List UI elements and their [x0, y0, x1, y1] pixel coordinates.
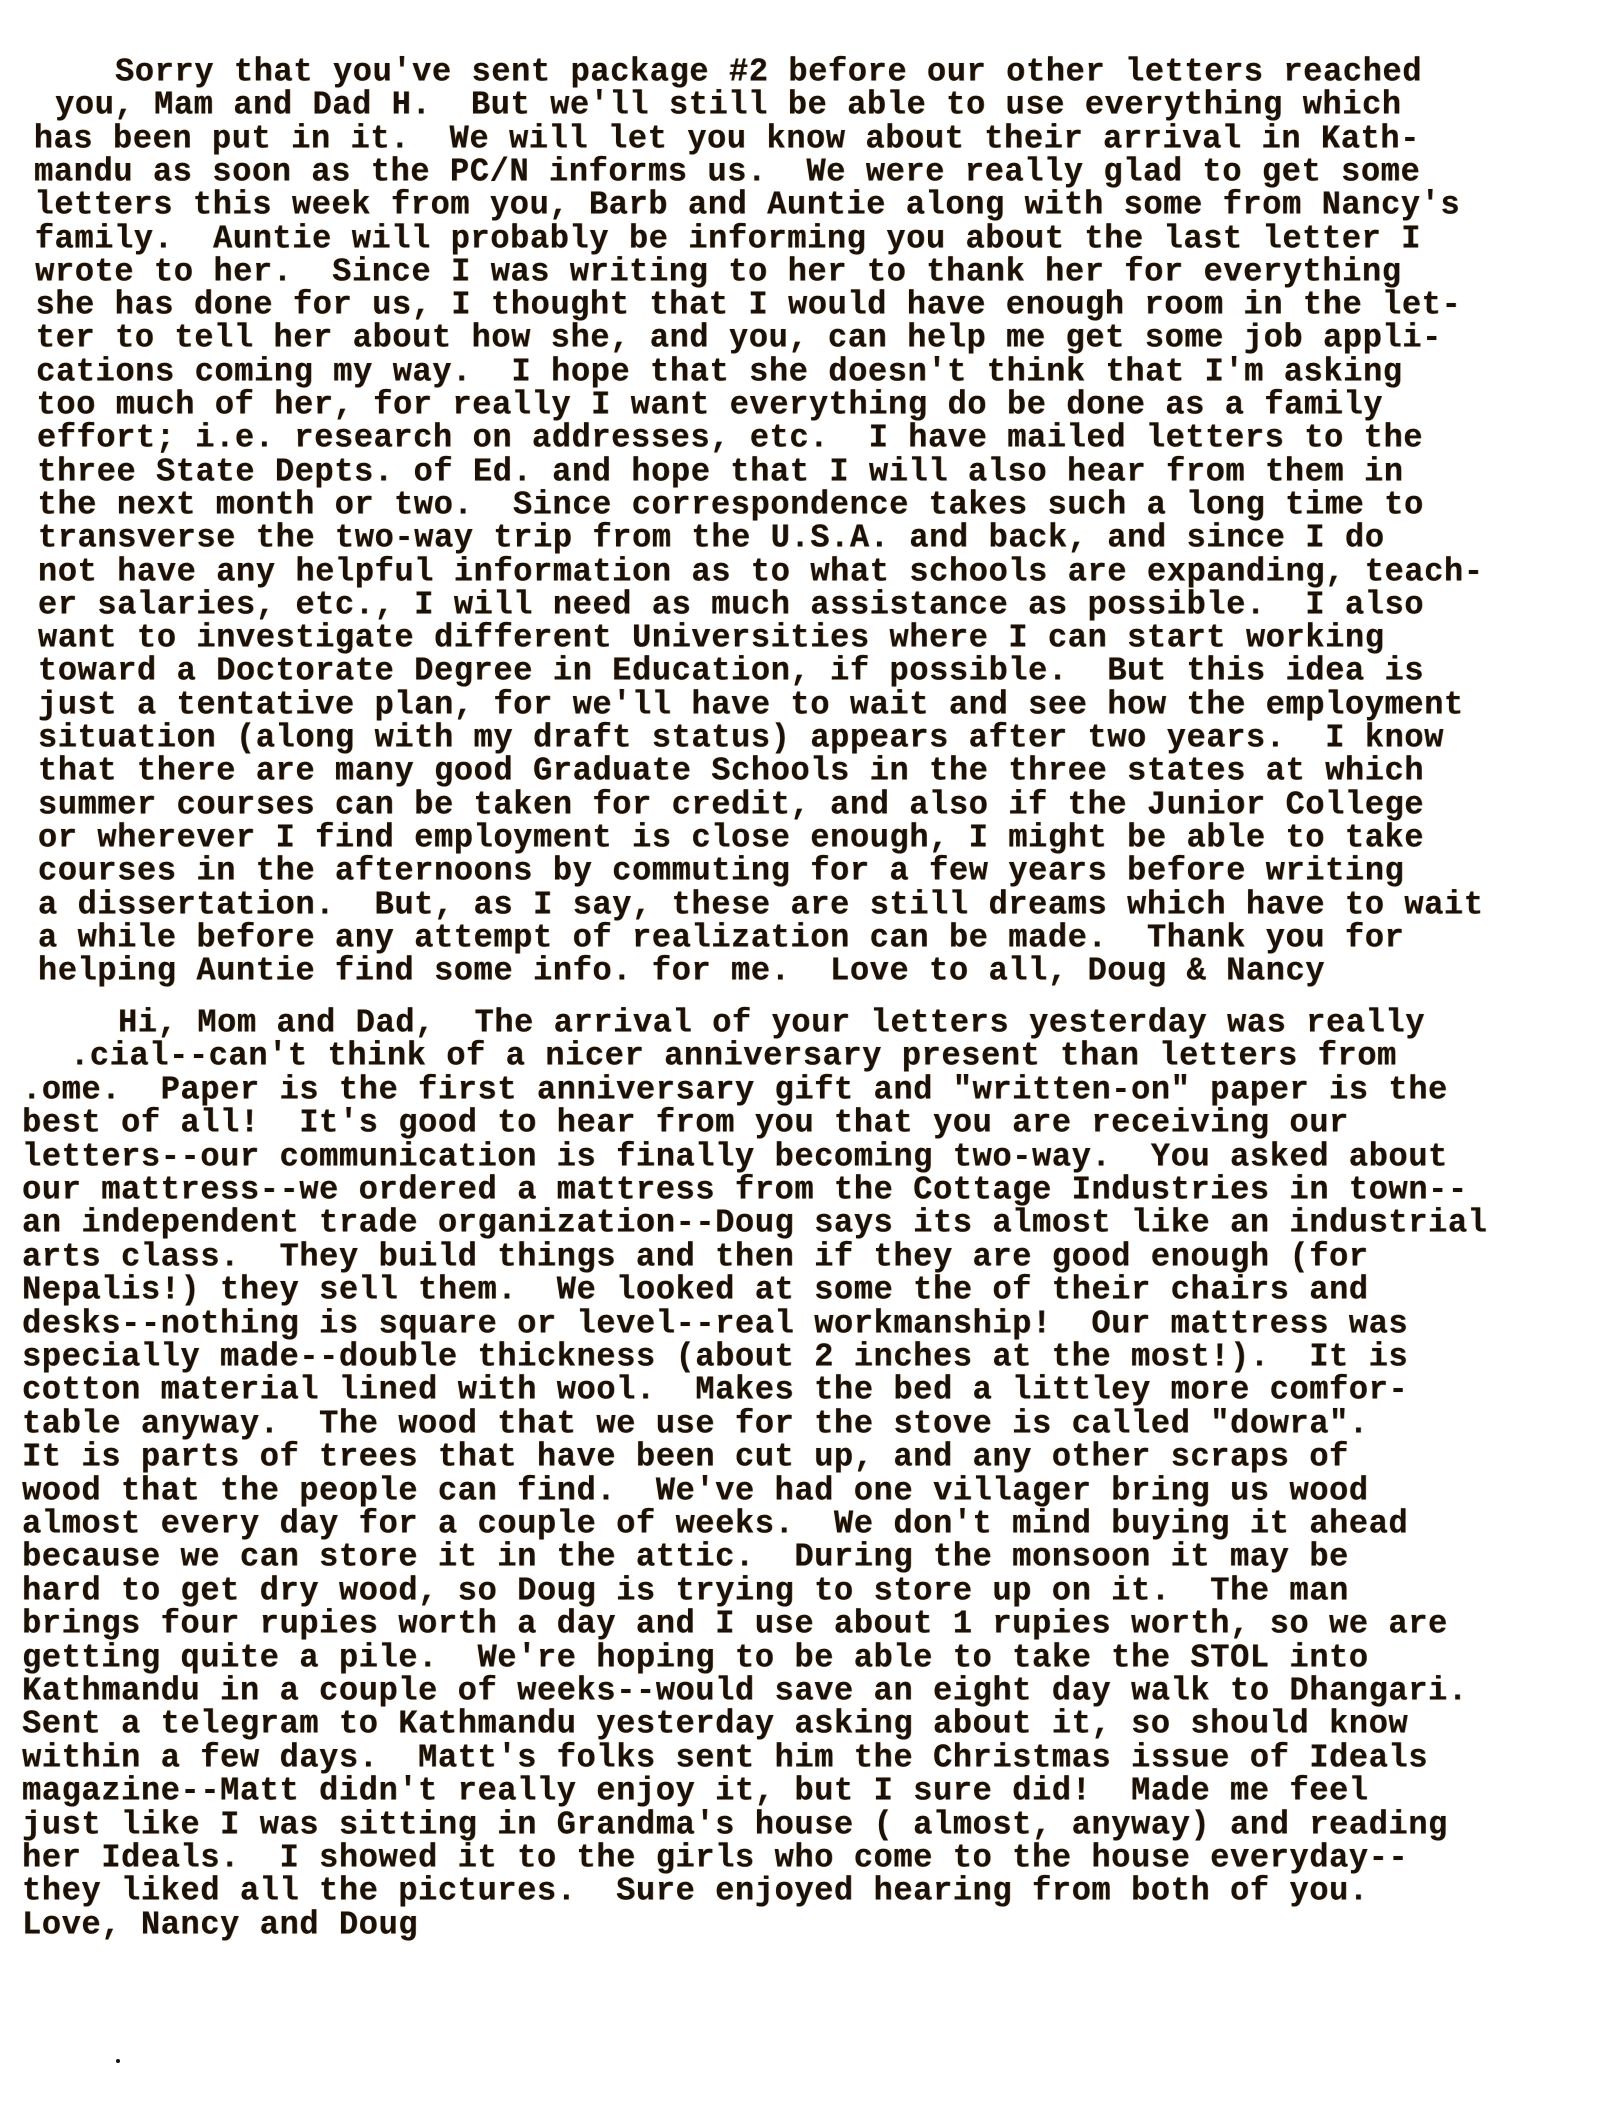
text-line: you, Mam and Dad H. But we'll still be a…: [55, 88, 1402, 122]
text-line: our mattress--we ordered a mattress from…: [22, 1173, 1468, 1207]
text-line: not have any helpful information as to w…: [38, 554, 1484, 588]
text-line: cations coming my way. I hope that she d…: [36, 354, 1402, 388]
text-line: wrote to her. Since I was writing to her…: [35, 254, 1401, 288]
text-line: effort; i.e. research on addresses, etc.…: [37, 421, 1423, 455]
typewritten-letter-page: Sorry that you've sent package #2 before…: [0, 0, 1601, 2106]
text-line: getting quite a pile. We're hoping to be…: [22, 1640, 1369, 1674]
text-line: they liked all the pictures. Sure enjoye…: [22, 1874, 1369, 1908]
text-line: letters--our communication is finally be…: [22, 1139, 1448, 1173]
text-line: or wherever I find employment is close e…: [38, 821, 1424, 855]
text-line: ter to tell her about how she, and you, …: [36, 321, 1442, 355]
text-line: mandu as soon as the PC/N informs us. We…: [34, 155, 1420, 189]
text-line: she has done for us, I thought that I wo…: [35, 288, 1461, 322]
text-line: that there are many good Graduate School…: [38, 754, 1424, 788]
text-line: hard to get dry wood, so Doug is trying …: [22, 1573, 1349, 1607]
text-line: transverse the two-way trip from the U.S…: [38, 521, 1385, 555]
text-line: specially made--double thickness (about …: [22, 1340, 1408, 1374]
text-line: Hi, Mom and Dad, The arrival of your let…: [118, 1006, 1425, 1040]
text-line: family. Auntie will probably be informin…: [35, 221, 1421, 255]
text-line: Love, Nancy and Doug: [22, 1907, 418, 1941]
text-line: within a few days. Matt's folks sent him…: [22, 1740, 1428, 1774]
text-line: Sent a telegram to Kathmandu yesterday a…: [22, 1707, 1408, 1741]
text-line: desks--nothing is square or level--real …: [22, 1306, 1408, 1340]
text-line: want to investigate different Universiti…: [38, 621, 1385, 655]
text-line: has been put in it. We will let you know…: [34, 121, 1420, 155]
text-line: a dissertation. But, as I say, these are…: [38, 887, 1484, 921]
text-line: It is parts of trees that have been cut …: [22, 1440, 1349, 1474]
text-line: wood that the people can find. We've had…: [22, 1473, 1369, 1507]
ink-speck: [116, 2059, 120, 2063]
text-line: magazine--Matt didn't really enjoy it, b…: [22, 1774, 1369, 1808]
text-line: arts class. They build things and then i…: [22, 1239, 1369, 1273]
text-line: cotton material lined with wool. Makes t…: [22, 1373, 1408, 1407]
text-line: brings four rupies worth a day and I use…: [22, 1607, 1448, 1641]
text-line: an independent trade organization--Doug …: [22, 1206, 1487, 1240]
text-line: table anyway. The wood that we use for t…: [22, 1406, 1369, 1440]
text-line: er salaries, etc., I will need as much a…: [38, 587, 1424, 621]
text-line: because we can store it in the attic. Du…: [22, 1540, 1349, 1574]
text-line: almost every day for a couple of weeks. …: [22, 1507, 1408, 1541]
text-line: .ome. Paper is the first anniversary gif…: [22, 1072, 1448, 1106]
text-line: Sorry that you've sent package #2 before…: [115, 55, 1422, 89]
text-line: her Ideals. I showed it to the girls who…: [22, 1841, 1408, 1875]
text-line: Nepalis!) they sell them. We looked at s…: [22, 1273, 1369, 1307]
text-line: just like I was sitting in Grandma's hou…: [22, 1807, 1448, 1841]
text-line: the next month or two. Since corresponde…: [38, 488, 1424, 522]
text-line: situation (along with my draft status) a…: [38, 721, 1444, 755]
text-line: too much of her, for really I want every…: [37, 388, 1384, 422]
text-line: toward a Doctorate Degree in Education, …: [38, 654, 1424, 688]
text-line: best of all! It's good to hear from you …: [22, 1106, 1349, 1140]
text-line: just a tentative plan, for we'll have to…: [38, 687, 1464, 721]
text-line: summer courses can be taken for credit, …: [38, 787, 1424, 821]
text-line: letters this week from you, Barb and Aun…: [34, 188, 1460, 222]
text-line: courses in the afternoons by commuting f…: [38, 854, 1404, 888]
text-line: .cial--can't think of a nicer anniversar…: [70, 1039, 1397, 1073]
text-line: three State Depts. of Ed. and hope that …: [37, 454, 1403, 488]
text-line: helping Auntie find some info. for me. L…: [38, 954, 1325, 988]
text-line: Kathmandu in a couple of weeks--would sa…: [22, 1674, 1468, 1708]
text-line: a while before any attempt of realizatio…: [38, 920, 1404, 954]
